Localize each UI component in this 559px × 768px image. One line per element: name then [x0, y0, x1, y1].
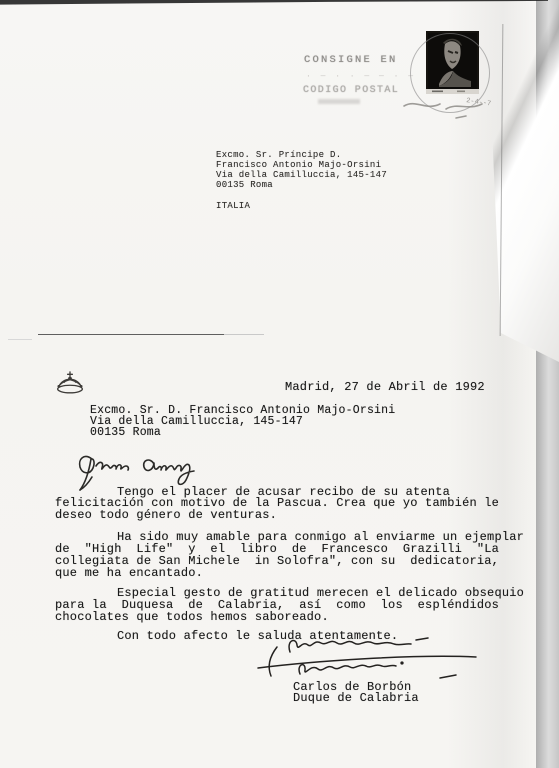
envelope-address-line: 00135 Roma [216, 180, 273, 190]
postmark-slogan-line3: CODIGO POSTAL [303, 85, 399, 96]
scan-top-edge [0, 0, 548, 5]
scanned-letter-page: CONSIGNE EN · — · · — — · — CODIGO POSTA… [0, 0, 559, 768]
envelope-address-line: Excmo. Sr. Príncipe D. [216, 150, 341, 160]
scan-separator-line [38, 334, 224, 335]
scan-separator-dash [8, 339, 32, 340]
letter-recipient-line: 00135 Roma [90, 426, 161, 439]
signer-title: Duque de Calabria [293, 691, 419, 705]
scan-separator-line-tail [224, 334, 264, 335]
handwritten-salutation [76, 449, 232, 495]
postmark-slogan-line2: · — · · — — · — [306, 72, 416, 81]
handwritten-signature [244, 632, 484, 686]
letter-body-line: que me ha encantado. [55, 566, 203, 580]
envelope-address-country: ITALIA [216, 201, 250, 211]
postmark-smudge [318, 99, 360, 104]
letter-date: Madrid, 27 de Abril de 1992 [285, 380, 485, 394]
envelope-address-line: Via della Camilluccia, 145-147 [216, 170, 387, 180]
postmark-slogan-line1: CONSIGNE EN [304, 54, 398, 66]
envelope-address-line: Francisco Antonio Majo-Orsini [216, 160, 381, 170]
royal-crown-icon [51, 365, 89, 396]
postmark-cancel-marks-icon: 2-4--7 [396, 94, 492, 124]
letter-body-line: deseo todo género de venturas. [55, 508, 277, 522]
letter-body-line: chocolates que todos hemos saboreado. [55, 610, 329, 624]
